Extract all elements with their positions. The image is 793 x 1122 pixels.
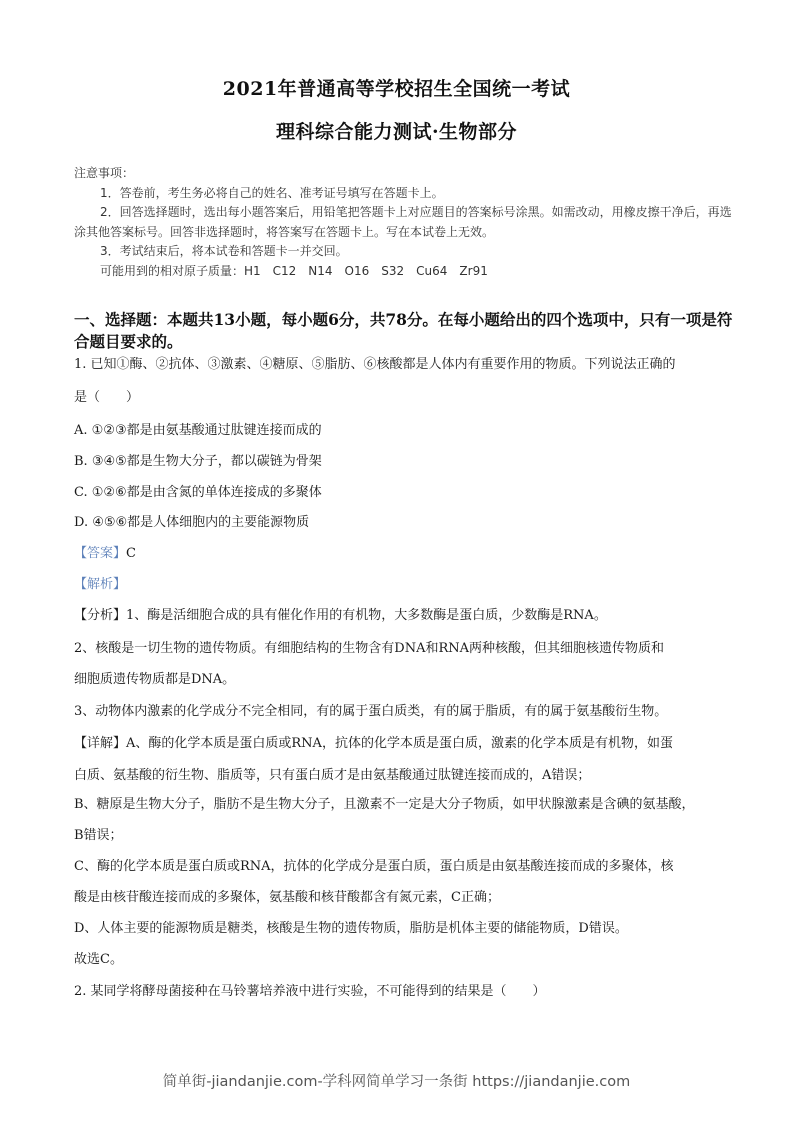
option-d: D. ④⑤⑥都是人体细胞内的主要能源物质 xyxy=(74,514,309,532)
option-b: B. ③④⑤都是生物大分子，都以碳链为骨架 xyxy=(74,453,322,471)
answer-row: 【答案】C xyxy=(74,545,136,563)
notice-item-3: 3．考试结束后，将本试卷和答题卡一并交回。 xyxy=(74,242,734,262)
exam-title: 2021年普通高等学校招生全国统一考试 xyxy=(0,74,793,101)
analysis-line-3: 细胞质遗传物质都是DNA。 xyxy=(74,671,235,689)
analysis-line-1: 【分析】1、酶是活细胞合成的具有催化作用的有机物，大多数酶是蛋白质，少数酶是RN… xyxy=(74,607,607,625)
analysis-line-2: 2、核酸是一切生物的遗传物质。有细胞结构的生物含有DNA和RNA两种核酸，但其细… xyxy=(74,640,664,658)
question-1-stem-line-2: 是（ ） xyxy=(74,389,139,407)
section-heading: 一、选择题：本题共13小题，每小题6分，共78分。在每小题给出的四个选项中，只有… xyxy=(74,309,736,353)
detail-line-5: C、酶的化学本质是蛋白质或RNA，抗体的化学成分是蛋白质，蛋白质是由氨基酸连接而… xyxy=(74,858,674,876)
question-2-stem: 2. 某同学将酵母菌接种在马铃薯培养液中进行实验，不可能得到的结果是（ ） xyxy=(74,983,546,1001)
exam-page: 2021年普通高等学校招生全国统一考试 理科综合能力测试·生物部分 注意事项： … xyxy=(0,0,793,1122)
detail-line-2: 白质、氨基酸的衍生物、脂质等，只有蛋白质才是由氨基酸通过肽键连接而成的，A错误； xyxy=(74,767,590,785)
answer-label: 【答案】 xyxy=(74,546,126,561)
option-c: C. ①②⑥都是由含氮的单体连接成的多聚体 xyxy=(74,484,322,502)
analysis-line-4: 3、动物体内激素的化学成分不完全相同，有的属于蛋白质类，有的属于脂质，有的属于氨… xyxy=(74,703,667,721)
analysis-label: 【解析】 xyxy=(74,576,126,594)
question-1-stem-line-1: 1. 已知①酶、②抗体、③激素、④糖原、⑤脂肪、⑥核酸都是人体内有重要作用的物质… xyxy=(74,356,676,374)
detail-line-4: B错误； xyxy=(74,827,123,845)
notice-item-1: 1．答卷前，考生务必将自己的姓名、准考证号填写在答题卡上。 xyxy=(74,184,734,204)
detail-line-7: D、人体主要的能源物质是糖类，核酸是生物的遗传物质，脂肪是机体主要的储能物质，D… xyxy=(74,920,628,938)
answer-value: C xyxy=(126,546,136,561)
detail-line-3: B、糖原是生物大分子，脂肪不是生物大分子，且激素不一定是大分子物质，如甲状腺激素… xyxy=(74,796,695,814)
conclusion-line: 故选C。 xyxy=(74,951,123,969)
notice-heading: 注意事项： xyxy=(74,164,734,184)
notice-item-2: 2．回答选择题时，选出每小题答案后，用铅笔把答题卡上对应题目的答案标号涂黑。如需… xyxy=(74,203,734,242)
notice-block: 注意事项： 1．答卷前，考生务必将自己的姓名、准考证号填写在答题卡上。 2．回答… xyxy=(74,164,734,281)
detail-line-6: 酸是由核苷酸连接而成的多聚体，氨基酸和核苷酸都含有氮元素，C正确； xyxy=(74,889,500,907)
atomic-masses: 可能用到的相对原子质量：H1 C12 N14 O16 S32 Cu64 Zr91 xyxy=(74,262,734,282)
exam-subtitle: 理科综合能力测试·生物部分 xyxy=(0,117,793,144)
detail-line-1: 【详解】A、酶的化学本质是蛋白质或RNA，抗体的化学本质是蛋白质，激素的化学本质… xyxy=(74,735,673,753)
footer-watermark: 简单街-jiandanjie.com-学科网简单学习一条街 https://ji… xyxy=(0,1070,793,1091)
option-a: A. ①②③都是由氨基酸通过肽键连接而成的 xyxy=(74,422,322,440)
